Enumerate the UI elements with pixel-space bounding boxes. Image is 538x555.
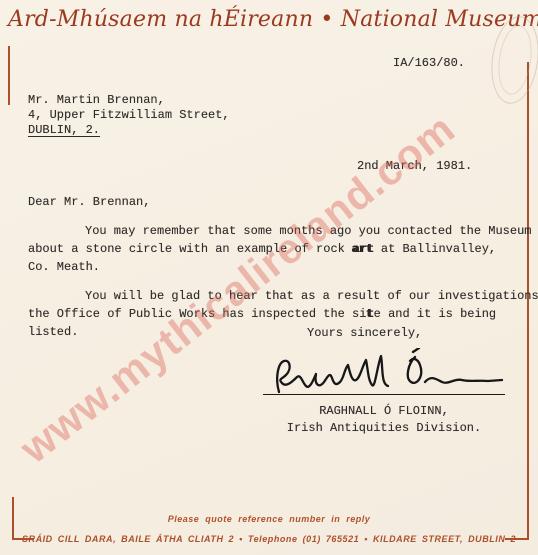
footer-address: SRÁID CILL DARA, BAILE ÁTHA CLIATH 2 • T… bbox=[0, 534, 538, 544]
signatory-name: RAGHNALL Ó FLOINN, bbox=[263, 403, 505, 420]
paragraph-2-line-2-start: the Office of Public Works has inspected… bbox=[28, 307, 366, 321]
reference-number: IA/163/80. bbox=[393, 56, 465, 71]
museum-masthead: Ard-Mhúsaem na hÉireann • National Museu… bbox=[8, 7, 528, 32]
recipient-name: Mr. Martin Brennan, bbox=[28, 93, 230, 108]
paragraph-1-line-1: You may remember that some months ago yo… bbox=[28, 222, 538, 240]
overtyped-letter-t: t bbox=[366, 307, 373, 321]
recipient-city: DUBLIN, 2. bbox=[28, 123, 230, 138]
paragraph-1-line-2-end: at Ballinvalley, bbox=[374, 242, 496, 256]
paragraph-2-line-2-end: e and it is being bbox=[374, 307, 496, 321]
footer-reference-note: Please quote reference number in reply bbox=[0, 514, 538, 524]
paragraph-gap bbox=[28, 211, 538, 222]
paragraph-1-line-2-start: about a stone circle with an example of … bbox=[28, 242, 352, 256]
letterhead-left-rule bbox=[8, 46, 10, 105]
paragraph-2-line-1: You will be glad to hear that as a resul… bbox=[28, 287, 538, 305]
handwritten-signature bbox=[269, 348, 505, 400]
paragraph-1-line-3: Co. Meath. bbox=[28, 258, 538, 276]
signature-underline bbox=[263, 394, 505, 395]
paragraph-2-line-2: the Office of Public Works has inspected… bbox=[28, 305, 538, 323]
paragraph-2-line-3: listed. bbox=[28, 323, 538, 341]
closing-phrase: Yours sincerely, bbox=[307, 326, 422, 341]
letter-body: Dear Mr. Brennan, You may remember that … bbox=[28, 193, 538, 341]
recipient-address: Mr. Martin Brennan, 4, Upper Fitzwilliam… bbox=[28, 93, 230, 138]
overtyped-word-art: art bbox=[352, 242, 374, 256]
salutation: Dear Mr. Brennan, bbox=[28, 193, 538, 211]
recipient-street: 4, Upper Fitzwilliam Street, bbox=[28, 108, 230, 123]
signatory: RAGHNALL Ó FLOINN, Irish Antiquities Div… bbox=[263, 403, 505, 437]
paragraph-gap bbox=[28, 276, 538, 287]
letter-date: 2nd March, 1981. bbox=[357, 159, 472, 174]
signatory-division: Irish Antiquities Division. bbox=[263, 420, 505, 437]
signature-block: RAGHNALL Ó FLOINN, Irish Antiquities Div… bbox=[263, 348, 505, 437]
paragraph-1-line-2: about a stone circle with an example of … bbox=[28, 240, 538, 258]
letter-scan: Ard-Mhúsaem na hÉireann • National Museu… bbox=[0, 0, 538, 555]
